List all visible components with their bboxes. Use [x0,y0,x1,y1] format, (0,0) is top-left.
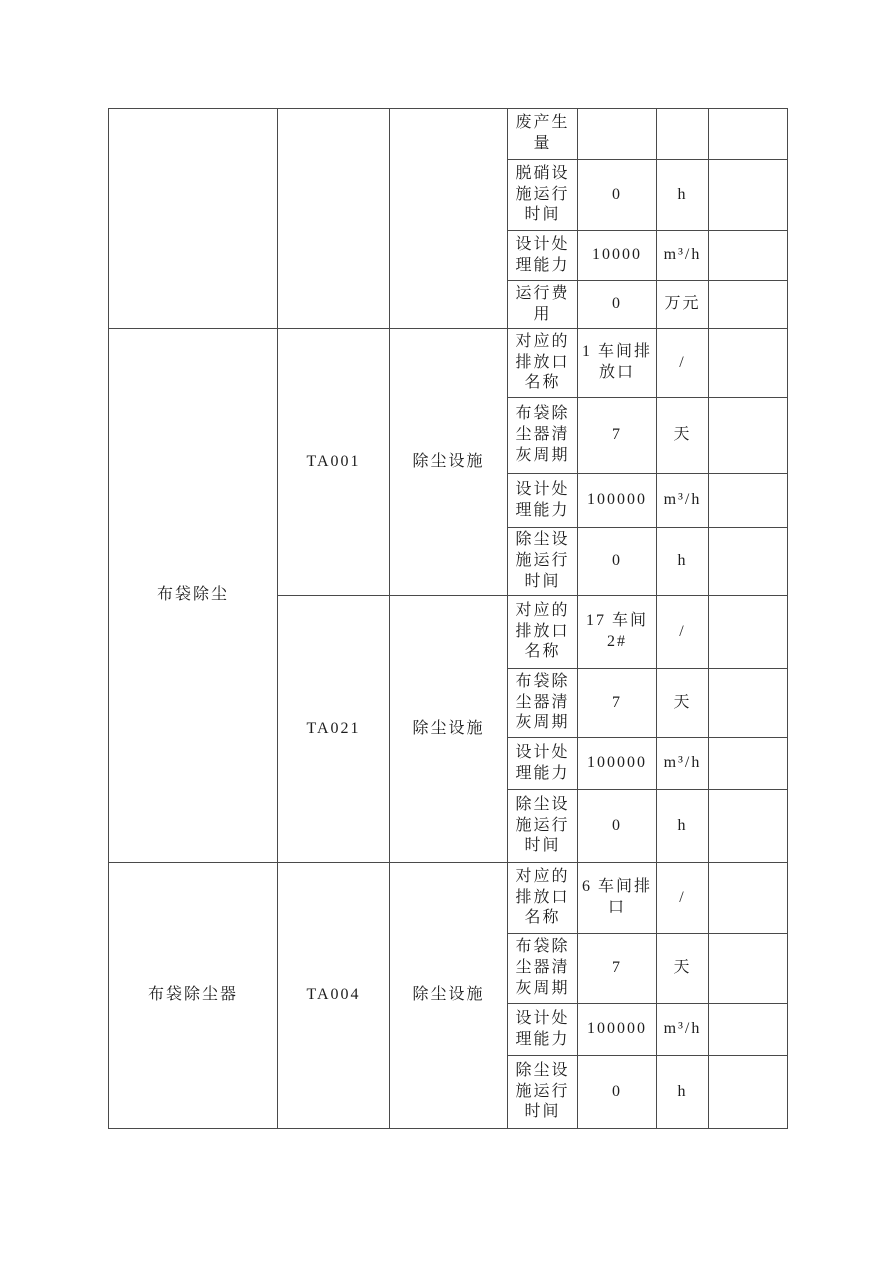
parameter-name-cell: 布袋除尘器清灰周期 [508,669,578,738]
parameter-name-cell: 设计处理能力 [508,1004,578,1056]
device-code-cell [278,109,390,329]
facility-table-body: 废产生量脱硝设施运行时间0h设计处理能力10000m³/h运行费用0万元布袋除尘… [109,109,788,1129]
parameter-name-cell: 除尘设施运行时间 [508,790,578,863]
remark-cell [709,596,788,669]
parameter-unit-cell: m³/h [657,738,709,790]
parameter-name-cell: 对应的排放口名称 [508,863,578,934]
parameter-unit-cell: 天 [657,669,709,738]
facility-type-cell: 除尘设施 [390,863,508,1129]
parameter-unit-cell: / [657,863,709,934]
device-code-cell: TA021 [278,596,390,863]
parameter-name-cell: 布袋除尘器清灰周期 [508,398,578,474]
remark-cell [709,669,788,738]
parameter-unit-cell: h [657,160,709,231]
remark-cell [709,528,788,596]
remark-cell [709,474,788,528]
parameter-value-cell: 100000 [578,738,657,790]
treatment-group-label-cell: 布袋除尘 [109,329,278,863]
parameter-name-cell: 除尘设施运行时间 [508,528,578,596]
parameter-value-cell: 17 车间 2# [578,596,657,669]
parameter-name-cell: 设计处理能力 [508,738,578,790]
parameter-name-cell: 脱硝设施运行时间 [508,160,578,231]
remark-cell [709,109,788,160]
parameter-name-cell: 设计处理能力 [508,474,578,528]
parameter-unit-cell: m³/h [657,474,709,528]
parameter-name-cell: 对应的排放口名称 [508,596,578,669]
parameter-name-cell: 布袋除尘器清灰周期 [508,934,578,1004]
parameter-name-cell: 设计处理能力 [508,231,578,281]
parameter-unit-cell: / [657,329,709,398]
remark-cell [709,281,788,329]
remark-cell [709,790,788,863]
table-row: 布袋除尘TA001除尘设施对应的排放口名称1 车间排放口/ [109,329,788,398]
parameter-unit-cell: h [657,528,709,596]
parameter-name-cell: 对应的排放口名称 [508,329,578,398]
parameter-unit-cell: m³/h [657,1004,709,1056]
remark-cell [709,1004,788,1056]
remark-cell [709,738,788,790]
treatment-group-label-cell: 布袋除尘器 [109,863,278,1129]
parameter-value-cell: 0 [578,1056,657,1129]
facility-type-cell: 除尘设施 [390,329,508,596]
parameter-value-cell [578,109,657,160]
parameter-unit-cell [657,109,709,160]
parameter-value-cell: 7 [578,398,657,474]
facility-type-cell [390,109,508,329]
parameter-value-cell: 0 [578,281,657,329]
parameter-unit-cell: h [657,1056,709,1129]
table-row: 废产生量 [109,109,788,160]
treatment-group-label-cell [109,109,278,329]
remark-cell [709,863,788,934]
parameter-value-cell: 100000 [578,1004,657,1056]
table-row: 布袋除尘器TA004除尘设施对应的排放口名称6 车间排口/ [109,863,788,934]
remark-cell [709,934,788,1004]
parameter-value-cell: 10000 [578,231,657,281]
parameter-value-cell: 0 [578,790,657,863]
parameter-unit-cell: 万元 [657,281,709,329]
parameter-unit-cell: 天 [657,398,709,474]
parameter-value-cell: 1 车间排放口 [578,329,657,398]
facility-table-container: 废产生量脱硝设施运行时间0h设计处理能力10000m³/h运行费用0万元布袋除尘… [108,108,788,1129]
pollution-facility-table: 废产生量脱硝设施运行时间0h设计处理能力10000m³/h运行费用0万元布袋除尘… [108,108,788,1129]
parameter-value-cell: 7 [578,669,657,738]
parameter-name-cell: 废产生量 [508,109,578,160]
remark-cell [709,231,788,281]
device-code-cell: TA004 [278,863,390,1129]
parameter-unit-cell: h [657,790,709,863]
parameter-name-cell: 除尘设施运行时间 [508,1056,578,1129]
parameter-value-cell: 0 [578,528,657,596]
parameter-unit-cell: m³/h [657,231,709,281]
remark-cell [709,329,788,398]
remark-cell [709,398,788,474]
facility-type-cell: 除尘设施 [390,596,508,863]
remark-cell [709,1056,788,1129]
parameter-unit-cell: 天 [657,934,709,1004]
device-code-cell: TA001 [278,329,390,596]
parameter-value-cell: 7 [578,934,657,1004]
parameter-unit-cell: / [657,596,709,669]
parameter-value-cell: 6 车间排口 [578,863,657,934]
remark-cell [709,160,788,231]
document-page: 废产生量脱硝设施运行时间0h设计处理能力10000m³/h运行费用0万元布袋除尘… [0,0,893,1262]
parameter-value-cell: 0 [578,160,657,231]
parameter-value-cell: 100000 [578,474,657,528]
parameter-name-cell: 运行费用 [508,281,578,329]
